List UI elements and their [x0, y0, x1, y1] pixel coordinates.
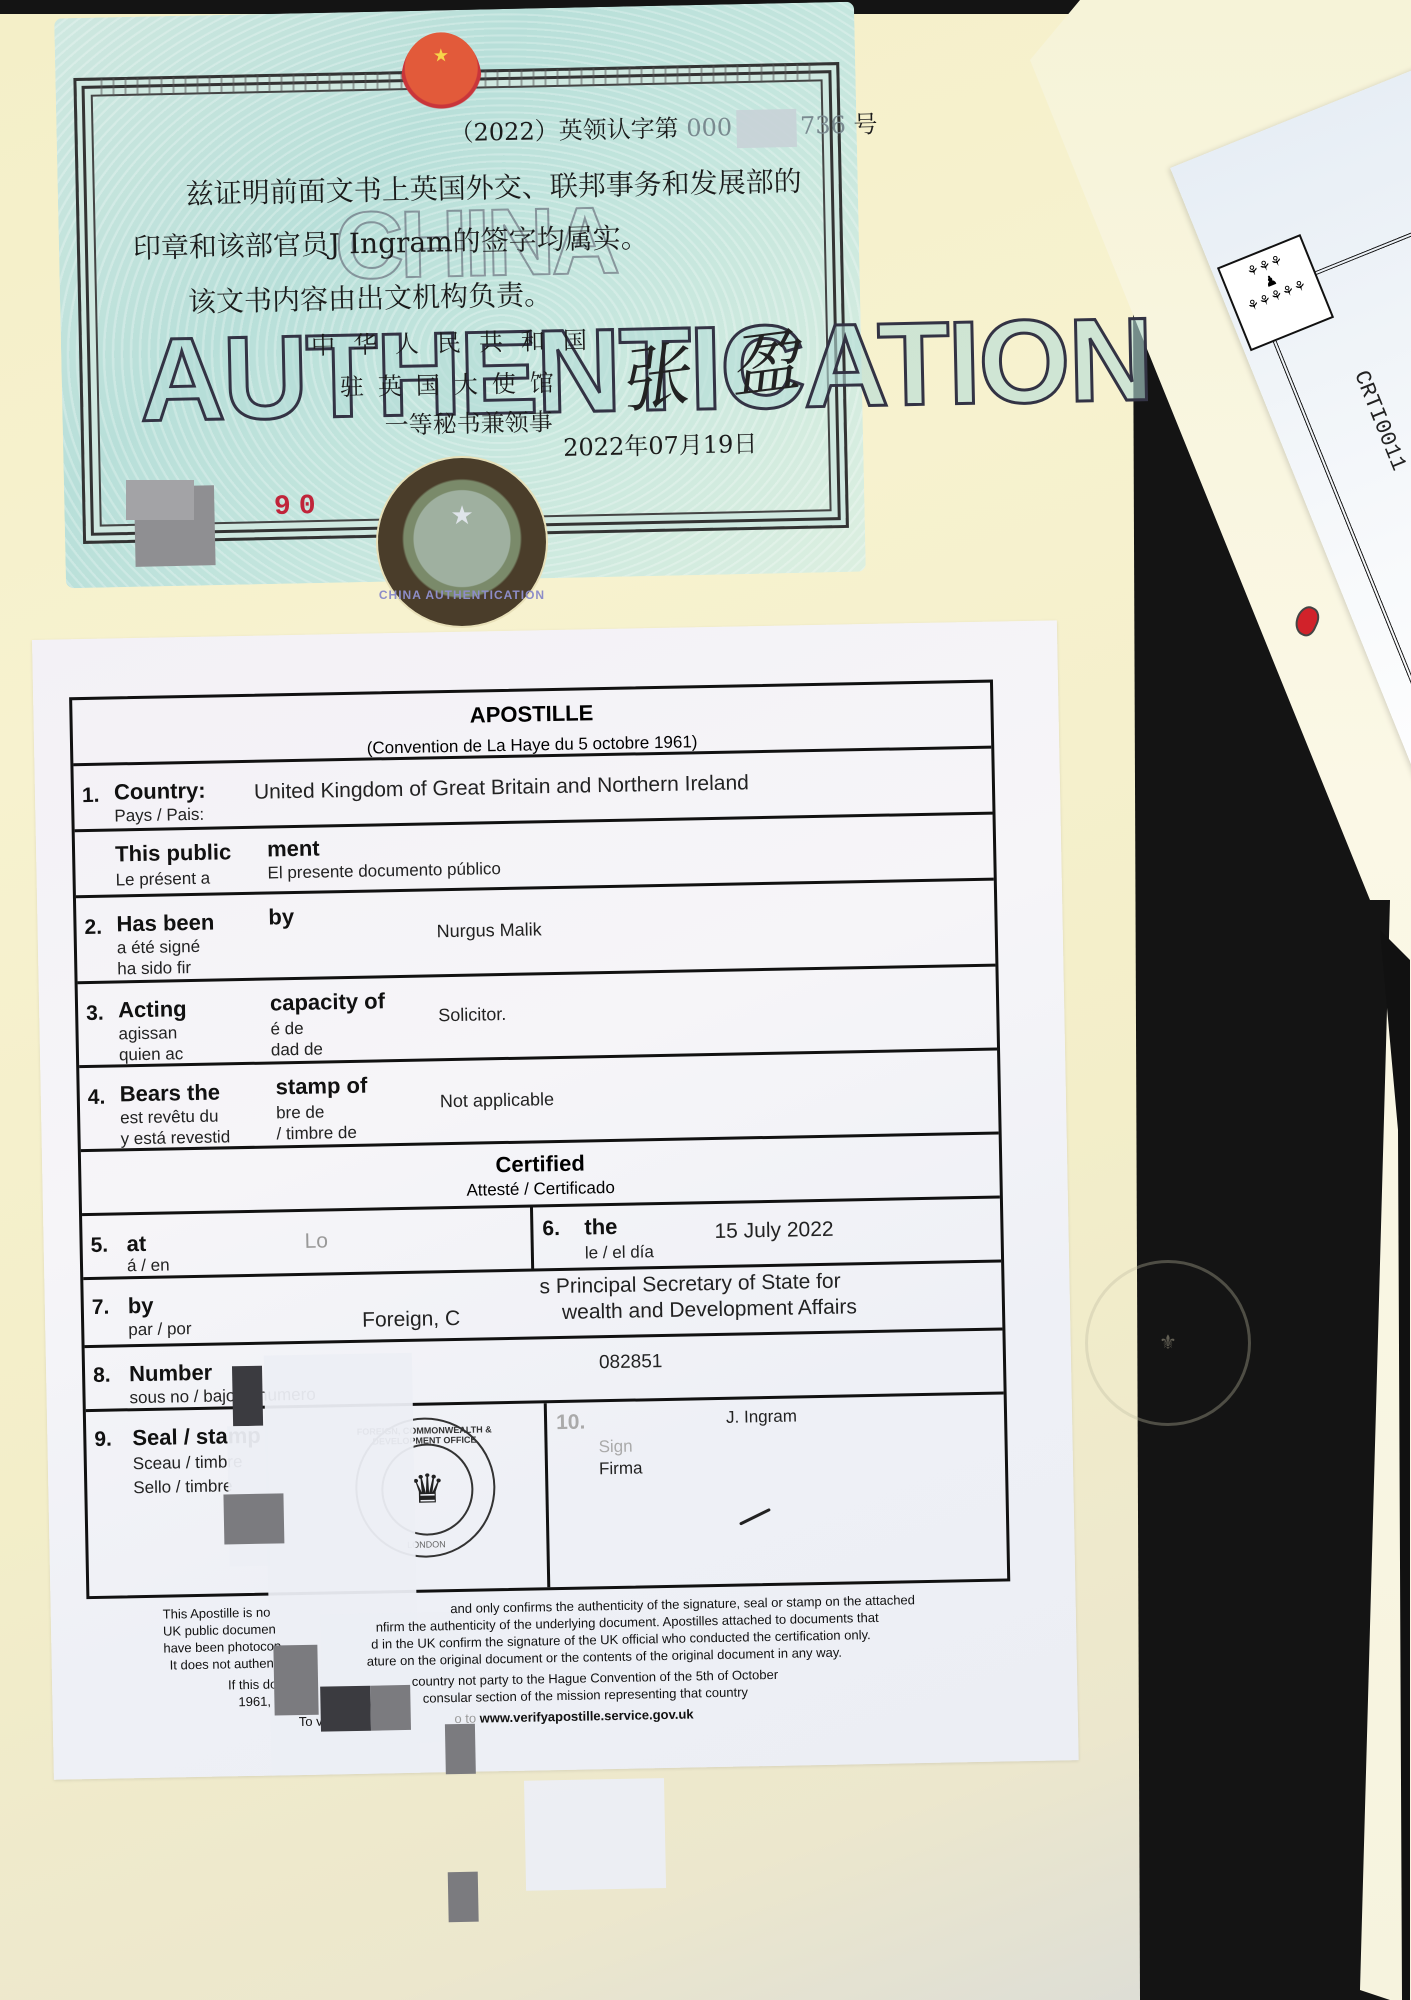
serial-end: 90 [274, 491, 324, 523]
field-value: United Kingdom of Great Britain and Nort… [254, 771, 749, 804]
field-label: Bears the [119, 1079, 220, 1107]
field-sublabel: quien ac [119, 1043, 184, 1065]
emblem-stars: ★ [401, 46, 481, 66]
field-sublabel: El presente documento público [267, 858, 501, 883]
field-value: Lo [304, 1229, 328, 1253]
field-number: 7. [92, 1296, 110, 1320]
ref-prefix: （2022）英领认字第 [449, 114, 679, 147]
field-sublabel: dad de [271, 1038, 323, 1060]
official-title: 一等秘书兼领事 [384, 402, 553, 441]
field-label: This public [115, 839, 232, 867]
signature-stroke [739, 1508, 771, 1526]
field-sublabel: é de [270, 1018, 303, 1040]
ref-number-end: 736 [800, 111, 846, 140]
field-sublabel: le / el día [585, 1241, 654, 1263]
column-divider [544, 1403, 551, 1587]
redacted-region [232, 1366, 263, 1427]
field-value: 15 July 2022 [714, 1218, 834, 1244]
field-value: 082851 [599, 1351, 663, 1374]
field-sublabel: / timbre de [276, 1122, 357, 1145]
field-number: 6. [542, 1217, 560, 1241]
redacted-region [273, 1645, 318, 1716]
field-value: wealth and Development Affairs [562, 1295, 857, 1325]
redacted-region [223, 1493, 284, 1544]
field-sublabel: Sceau / timbre [133, 1451, 243, 1474]
field-label: Number [129, 1360, 213, 1388]
field-sublabel: agissan [118, 1022, 177, 1044]
field-number: 1. [82, 784, 100, 808]
field-label: at [126, 1231, 146, 1257]
field-label: by [128, 1293, 154, 1319]
hologram-seal-icon: ★ CHINA AUTHENTICATION [378, 458, 546, 626]
field-value: s Principal Secretary of State for [539, 1270, 841, 1300]
redacted-region [445, 1724, 476, 1775]
issuer-embassy: 驻英国大使馆 [339, 363, 568, 403]
field-value: Nurgus Malik [436, 919, 541, 942]
field-value: Not applicable [440, 1089, 554, 1112]
field-sublabel: par / por [128, 1318, 192, 1340]
field-label: ment [267, 836, 320, 863]
field-sublabel: bre de [276, 1101, 325, 1123]
field-number: 3. [86, 1002, 104, 1026]
field-sublabel: á / en [127, 1254, 170, 1276]
field-sublabel: Sign [598, 1436, 632, 1458]
field-label: stamp of [275, 1073, 367, 1101]
hologram-star: ★ [378, 500, 546, 531]
field-sublabel: est revêtu du [120, 1106, 219, 1129]
field-sublabel: Sello / timbre [133, 1475, 233, 1498]
field-number: 10. [556, 1411, 586, 1436]
field-number: 9. [94, 1428, 112, 1452]
certificate-body-line: 该文书内容由出文机构负责。 [188, 273, 553, 321]
redacted-region [448, 1872, 479, 1923]
signatory-name: J. Ingram [726, 1406, 797, 1427]
ref-suffix: 号 [853, 110, 878, 138]
column-divider [530, 1207, 534, 1268]
field-sublabel: Firma [599, 1457, 643, 1479]
field-label: Country: [114, 778, 206, 806]
field-label: capacity of [270, 988, 385, 1016]
field-label: the [584, 1214, 617, 1241]
field-label: Has been [116, 910, 214, 938]
redacted-region [524, 1778, 666, 1891]
field-sublabel: Pays / Pais: [114, 804, 204, 827]
issuer-country: 中华人民共和国 [311, 320, 606, 361]
field-label: by [268, 904, 294, 930]
embossed-stamp-icon: ⚜ [1085, 1260, 1251, 1426]
field-sublabel: ha sido fir [117, 957, 191, 979]
field-number: 2. [84, 916, 102, 940]
field-number: 8. [93, 1364, 111, 1388]
field-number: 5. [90, 1234, 108, 1258]
apostille-certificate: APOSTILLE (Convention de La Haye du 5 oc… [32, 620, 1079, 1779]
field-number: 4. [88, 1086, 106, 1110]
redacted-region [320, 1686, 371, 1732]
field-value: Solicitor. [438, 1004, 506, 1026]
apostille-table: APOSTILLE (Convention de La Haye du 5 oc… [69, 680, 1010, 1600]
hologram-text: CHINA AUTHENTICATION [378, 588, 546, 602]
verify-apostille-link[interactable]: www.verifyapostille.service.gov.uk [480, 1706, 694, 1725]
field-sublabel: a été signé [117, 936, 201, 959]
redacted-region [126, 480, 194, 520]
redacted-region [736, 108, 797, 147]
ref-number-start: 000 [686, 113, 732, 142]
field-sublabel: Le présent a [115, 868, 210, 891]
field-value: Foreign, C [362, 1307, 460, 1333]
field-label: Acting [118, 996, 187, 1023]
field-sublabel: y está revestid [120, 1126, 230, 1149]
authentication-date: 2022年07月19日 [563, 424, 758, 463]
redacted-region [370, 1685, 411, 1731]
